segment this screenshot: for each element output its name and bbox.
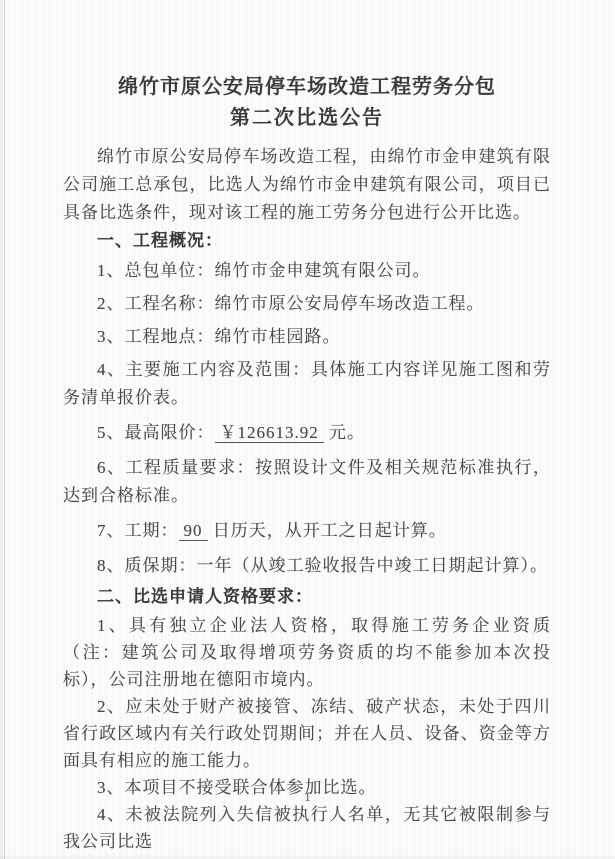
duration-value: 90 <box>179 521 208 541</box>
duration-label: 7、工期： <box>97 521 179 540</box>
section-applicant-qualifications: 二、比选申请人资格要求： 1、具有独立企业法人资格，取得施工劳务企业资质（注：建… <box>63 583 551 855</box>
section2-item-no-blacklist: 4、未被法院列入失信被执行人名单，无其它被限制参与我公司比选 <box>63 801 551 855</box>
intro-paragraph: 绵竹市原公安局停车场改造工程，由绵竹市金申建筑有限公司施工总承包，比选人为绵竹市… <box>63 143 551 227</box>
price-cap-suffix: 元。 <box>324 423 365 442</box>
document-subtitle: 第二次比选公告 <box>63 104 551 132</box>
section1-item-location: 3、工程地点：绵竹市桂园路。 <box>63 323 551 351</box>
section2-heading: 二、比选申请人资格要求： <box>63 583 551 611</box>
section1-item-price-cap: 5、最高限价：￥126613.92 元。 <box>63 419 551 447</box>
document-body: 绵竹市原公安局停车场改造工程劳务分包 第二次比选公告 绵竹市原公安局停车场改造工… <box>0 0 615 855</box>
section1-item-project-name: 2、工程名称：绵竹市原公安局停车场改造工程。 <box>63 290 551 318</box>
document-title: 绵竹市原公安局停车场改造工程劳务分包 <box>63 73 551 101</box>
price-cap-label: 5、最高限价： <box>97 423 215 442</box>
section1-item-warranty: 8、质保期：一年（从竣工验收报告中竣工日期起计算）。 <box>63 552 551 580</box>
page-number: 1 <box>0 789 615 805</box>
section1-item-quality: 6、工程质量要求：按照设计文件及相关规范标准执行，达到合格标准。 <box>63 454 551 510</box>
duration-suffix: 日历天，从开工之日起计算。 <box>208 521 447 540</box>
section2-item-financial-status: 2、应未处于财产被接管、冻结、破产状态，未处于四川省行政区域内有关行政处罚期间；… <box>63 693 551 774</box>
section1-heading: 一、工程概况： <box>63 227 551 255</box>
section-project-overview: 一、工程概况： 1、总包单位：绵竹市金申建筑有限公司。 2、工程名称：绵竹市原公… <box>63 227 551 580</box>
section1-item-contractor: 1、总包单位：绵竹市金申建筑有限公司。 <box>63 257 551 285</box>
scanned-document-page: { "document": { "title": "绵竹市原公安局停车场改造工程… <box>0 0 615 859</box>
section2-item-legal-qualification: 1、具有独立企业法人资格，取得施工劳务企业资质（注：建筑公司及取得增项劳务资质的… <box>63 612 551 693</box>
section1-item-scope: 4、主要施工内容及范围：具体施工内容详见施工图和劳务清单报价表。 <box>63 356 551 412</box>
price-cap-value: ￥126613.92 <box>215 423 324 443</box>
section1-item-duration: 7、工期：90 日历天，从开工之日起计算。 <box>63 517 551 545</box>
